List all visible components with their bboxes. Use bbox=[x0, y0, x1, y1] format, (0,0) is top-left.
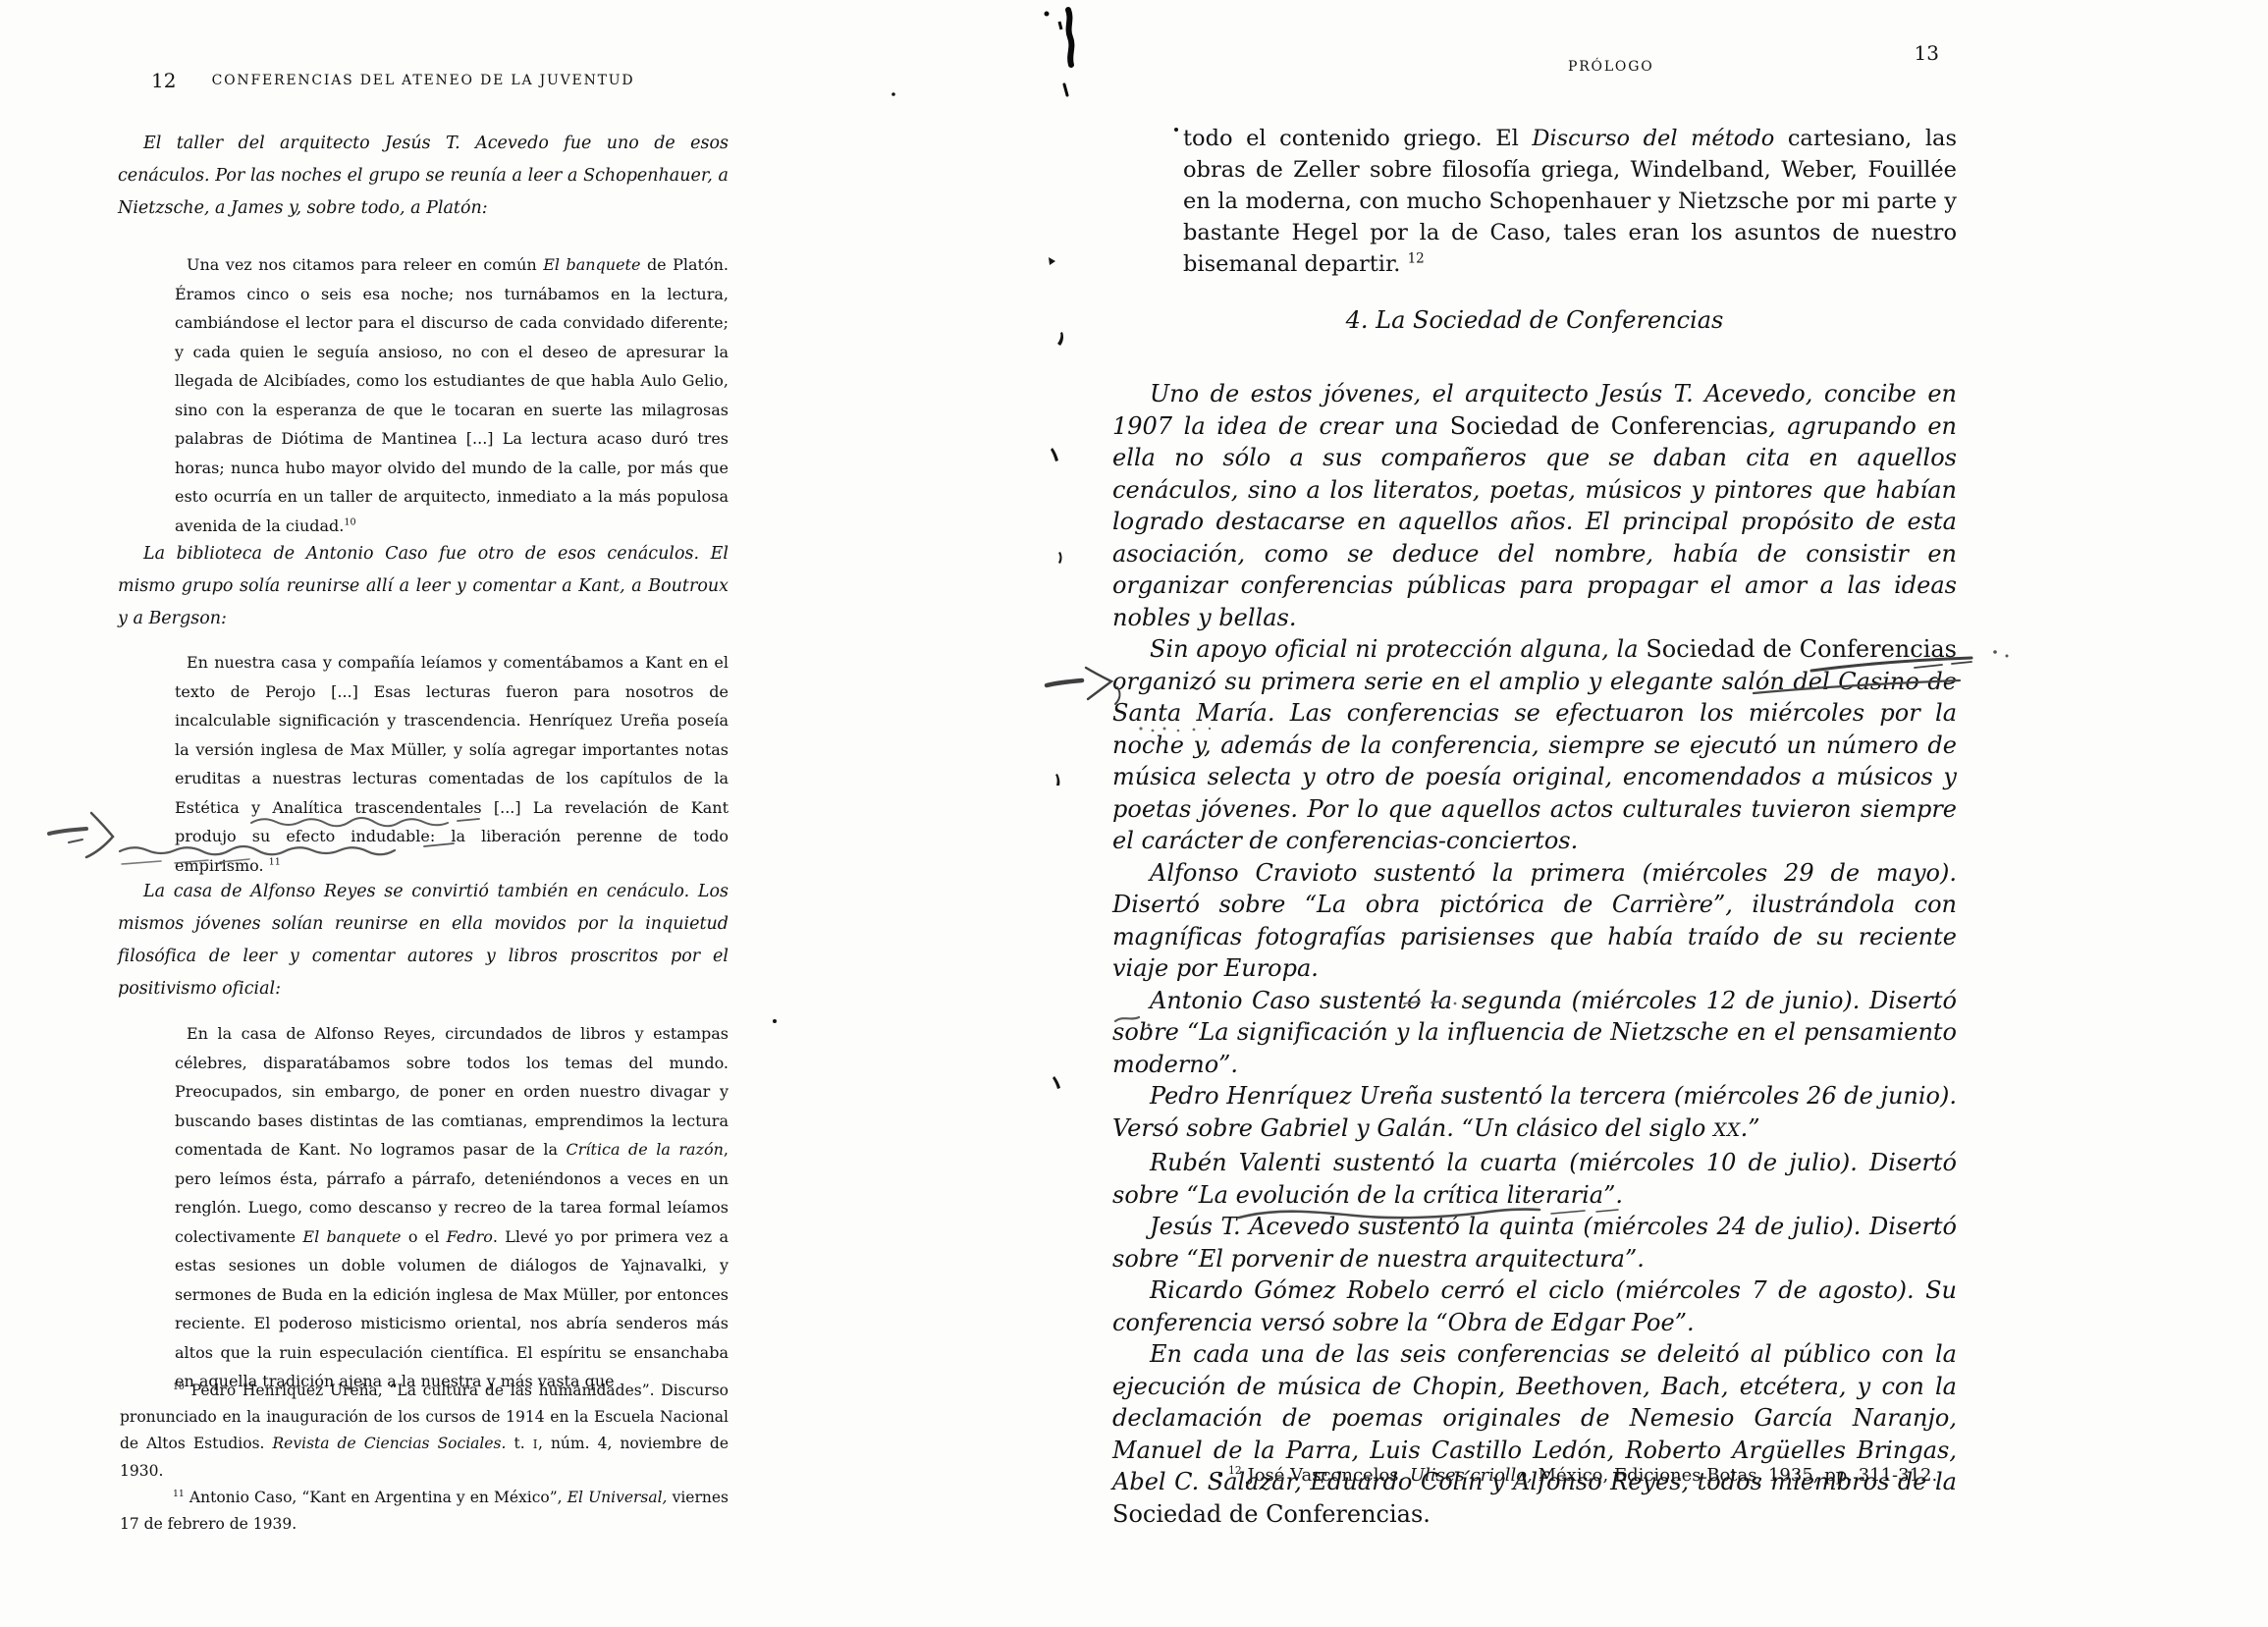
paragraph-conferencia-1: Alfonso Cravioto sustentó la primera (mi… bbox=[1112, 857, 1957, 985]
continuation-quote: todo el contenido griego. El Discurso de… bbox=[1183, 123, 1957, 280]
footnote-10: 10 Pedro Henríquez Ureña, “La cultura de… bbox=[120, 1378, 729, 1485]
paragraph-sin-apoyo: Sin apoyo oficial ni protección alguna, … bbox=[1112, 633, 1957, 857]
right-running-title: PRÓLOGO bbox=[1568, 59, 1653, 75]
paragraph-conferencia-6: Ricardo Gómez Robelo cerró el ciclo (mié… bbox=[1112, 1274, 1957, 1338]
intro-paragraph-3: La casa de Alfonso Reyes se convirtió ta… bbox=[118, 876, 729, 1005]
left-page: 12 CONFERENCIAS DEL ATENEO DE LA JUVENTU… bbox=[118, 69, 729, 1586]
gutter-ink-smudge bbox=[1045, 10, 1072, 95]
intro-paragraph-1: El taller del arquitecto Jesús T. Aceved… bbox=[118, 128, 729, 225]
intro-paragraph-2: La biblioteca de Antonio Caso fue otro d… bbox=[118, 538, 729, 635]
footnote-12: 12 José Vasconcelos, Ulises criollo, Méx… bbox=[1112, 1465, 1957, 1486]
pencil-arrow-left-margin bbox=[49, 813, 113, 857]
right-page: PRÓLOGO 13 todo el contenido griego. El … bbox=[1112, 39, 1957, 1600]
block-quote-1: Una vez nos citamos para releer en común… bbox=[175, 250, 729, 540]
block-quote-3: En la casa de Alfonso Reyes, circundados… bbox=[175, 1019, 729, 1396]
footnotes: 10 Pedro Henríquez Ureña, “La cultura de… bbox=[120, 1378, 729, 1538]
left-running-title: CONFERENCIAS DEL ATENEO DE LA JUVENTUD bbox=[118, 73, 729, 88]
paragraph-conferencia-3: Pedro Henríquez Ureña sustentó la tercer… bbox=[1112, 1080, 1957, 1147]
right-page-number: 13 bbox=[1915, 41, 1939, 65]
paragraph-en-cada-una: En cada una de las seis conferencias se … bbox=[1112, 1338, 1957, 1530]
body-text: Uno de estos jóvenes, el arquitecto Jesú… bbox=[1112, 378, 1957, 1530]
paragraph-sociedad-intro: Uno de estos jóvenes, el arquitecto Jesú… bbox=[1112, 378, 1957, 633]
block-quote-2: En nuestra casa y compañía leíamos y com… bbox=[175, 648, 729, 880]
paragraph-conferencia-5: Jesús T. Acevedo sustentó la quinta (mié… bbox=[1112, 1211, 1957, 1274]
paragraph-conferencia-2: Antonio Caso sustentó la segunda (miérco… bbox=[1112, 985, 1957, 1081]
section-heading: 4. La Sociedad de Conferencias bbox=[1112, 306, 1957, 334]
book-scan-spread: { "left_page": { "page_number": "12", "r… bbox=[0, 0, 2268, 1627]
paragraph-conferencia-4: Rubén Valenti sustentó la cuarta (miérco… bbox=[1112, 1147, 1957, 1211]
footnote-11: 11 Antonio Caso, “Kant en Argentina y en… bbox=[120, 1485, 729, 1538]
pencil-arrow-right-gutter bbox=[1047, 668, 1119, 704]
